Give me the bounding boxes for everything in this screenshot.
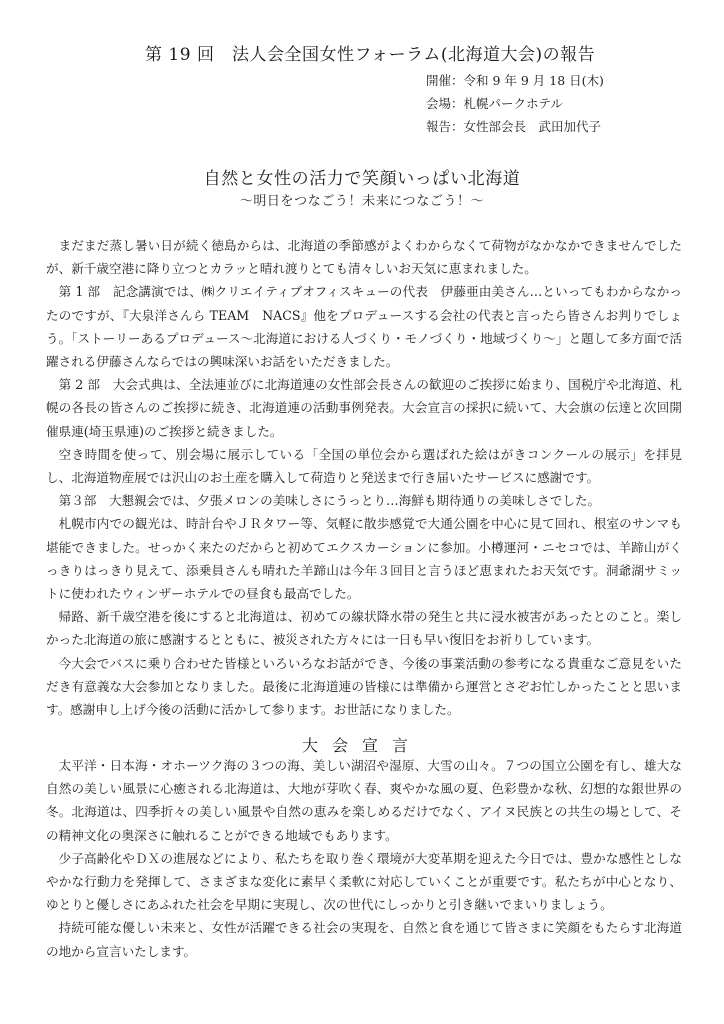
report-paragraph-part2: 第 2 部 大会式典は、全法連並びに北海道連の女性部会長さんの歓迎のご挨拶に始ま… xyxy=(46,373,682,443)
report-paragraph-part1: 第 1 部 記念講演では、㈱クリエイティブオフィスキューの代表 伊藤亜由美さん…… xyxy=(46,280,682,373)
report-paragraph-exhibition: 空き時間を使って、別会場に展示している「全国の単位会から選ばれた絵はがきコンクー… xyxy=(46,443,682,489)
event-date: 開催：令和 9 年 9 月 18 日(木) xyxy=(426,69,604,92)
event-venue: 会場：札幌パークホテル xyxy=(426,92,604,115)
theme-title: 自然と女性の活力で笑顔いっぱい北海道 xyxy=(0,164,724,189)
report-paragraph-sightseeing: 札幌市内での観光は、時計台やＪＲタワー等、気軽に散歩感覚で大通公園を中心に見て回… xyxy=(46,512,682,605)
report-paragraph-intro: まだまだ蒸し暑い日が続く徳島からは、北海道の季節感がよくわからなくて荷物がなかな… xyxy=(46,234,682,280)
declaration-paragraph-closing: 持続可能な優しい未来と、女性が活躍できる社会の実現を、自然と食を通じて皆さまに笑… xyxy=(46,916,682,962)
theme-subtitle: ～明日をつなごう！未来につなごう！～ xyxy=(0,190,724,209)
declaration-paragraph-nature: 太平洋・日本海・オホーツク海の３つの海、美しい湖沼や湿原、大雪の山々。７つの国立… xyxy=(46,754,682,847)
declaration-body: 太平洋・日本海・オホーツク海の３つの海、美しい湖沼や湿原、大雪の山々。７つの国立… xyxy=(46,754,682,963)
event-reporter: 報告：女性部会長 武田加代子 xyxy=(426,115,604,138)
declaration-paragraph-society: 少子高齢化やＤＸの進展などにより、私たちを取り巻く環境が大変革期を迎えた今日では… xyxy=(46,847,682,917)
event-meta: 開催：令和 9 年 9 月 18 日(木) 会場：札幌パークホテル 報告：女性部… xyxy=(426,69,604,138)
report-body: まだまだ蒸し暑い日が続く徳島からは、北海道の季節感がよくわからなくて荷物がなかな… xyxy=(46,234,682,721)
declaration-heading: 大会宣言 xyxy=(0,733,724,756)
report-paragraph-return: 帰路、新千歳空港を後にすると北海道は、初めての線状降水帯の発生と共に浸水被害があ… xyxy=(46,605,682,651)
report-paragraph-part3: 第３部 大懇親会では、夕張メロンの美味しさにうっとり…海鮮も期待通りの美味しさで… xyxy=(46,489,682,512)
report-paragraph-closing: 今大会でバスに乗り合わせた皆様といろいろなお話ができ、今後の事業活動の参考になる… xyxy=(46,652,682,722)
report-title: 第 19 回 法人会全国女性フォーラム(北海道大会)の報告 xyxy=(145,40,595,65)
document-page: 第 19 回 法人会全国女性フォーラム(北海道大会)の報告 開催：令和 9 年 … xyxy=(0,0,724,1024)
